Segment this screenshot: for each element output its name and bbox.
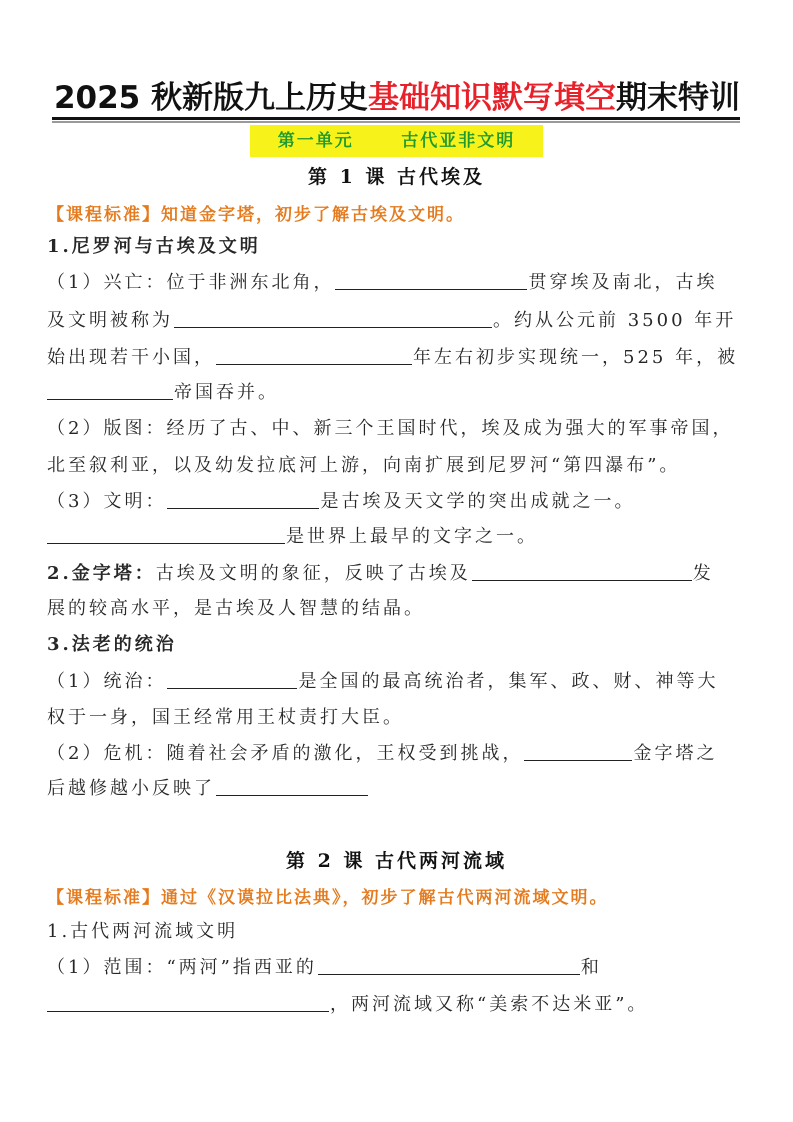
title-underline <box>52 117 740 120</box>
text-line: 帝国吞并。 <box>47 378 279 408</box>
text-line: 展的较高水平，是古埃及人智慧的结晶。 <box>47 594 425 624</box>
text-line: （2）危机：随着社会矛盾的激化，王权受到挑战，金字塔之 <box>47 739 717 769</box>
text-line: 北至叙利亚，以及幼发拉底河上游，向南扩展到尼罗河“第四瀑布”。 <box>47 451 680 481</box>
text-line: （1）范围：“两河”指西亚的和 <box>47 953 602 983</box>
fill-blank[interactable] <box>47 991 329 1012</box>
section-heading: 2.金字塔： <box>47 563 156 584</box>
text-line: （2）版图：经历了古、中、新三个王国时代，埃及成为强大的军事帝国， <box>47 414 733 444</box>
fill-blank[interactable] <box>47 379 173 400</box>
title-underline-shadow <box>52 121 740 123</box>
text-line: 及文明被称为。约从公元前 3500 年开 <box>47 306 736 336</box>
fill-blank[interactable] <box>167 488 319 509</box>
text-line: ，两河流域又称“美索不达米亚”。 <box>47 990 648 1020</box>
lesson-2-standard: 【课程标准】通过《汉谟拉比法典》，初步了解古代两河流域文明。 <box>47 883 609 908</box>
fill-blank[interactable] <box>47 523 285 544</box>
fill-blank[interactable] <box>472 560 692 581</box>
text-line: 是世界上最早的文字之一。 <box>47 522 538 552</box>
text-line: 后越修越小反映了 <box>47 774 369 804</box>
unit-label: 第一单元 古代亚非文明 <box>250 125 543 157</box>
fill-blank[interactable] <box>167 668 297 689</box>
text-line: 2.金字塔：古埃及文明的象征，反映了古埃及发 <box>47 559 714 589</box>
lesson-1-standard: 【课程标准】知道金字塔，初步了解古埃及文明。 <box>47 200 465 225</box>
fill-blank[interactable] <box>216 775 368 796</box>
document-title: 2025 秋新版九上历史基础知识默写填空期末特训 <box>52 78 742 118</box>
section-heading: 1.古代两河流域文明 <box>47 917 238 947</box>
lesson-2-title: 第 2 课 古代两河流域 <box>0 846 793 873</box>
text-line: 始出现若干小国，年左右初步实现统一，525 年，被 <box>47 343 738 373</box>
worksheet-page: 2025 秋新版九上历史基础知识默写填空期末特训 第一单元 古代亚非文明 第 1… <box>0 0 793 1122</box>
fill-blank[interactable] <box>524 740 632 761</box>
text-line: （3）文明：是古埃及天文学的突出成就之一。 <box>47 487 635 517</box>
section-heading: 3.法老的统治 <box>47 630 177 660</box>
text-line: （1）兴亡：位于非洲东北角，贯穿埃及南北，古埃 <box>47 268 717 298</box>
text-line: （1）统治：是全国的最高统治者，集军、政、财、神等大 <box>47 667 718 697</box>
title-suffix: 期末特训 <box>616 80 740 116</box>
text-line: 权于一身，国王经常用王杖责打大臣。 <box>47 703 404 733</box>
fill-blank[interactable] <box>335 269 527 290</box>
lesson-1-title: 第 1 课 古代埃及 <box>0 162 793 189</box>
fill-blank[interactable] <box>174 307 492 328</box>
title-highlight: 基础知识默写填空 <box>368 80 616 116</box>
fill-blank[interactable] <box>318 954 580 975</box>
title-prefix: 2025 秋新版九上历史 <box>54 80 368 116</box>
section-heading: 1.尼罗河与古埃及文明 <box>47 232 261 262</box>
fill-blank[interactable] <box>216 344 412 365</box>
